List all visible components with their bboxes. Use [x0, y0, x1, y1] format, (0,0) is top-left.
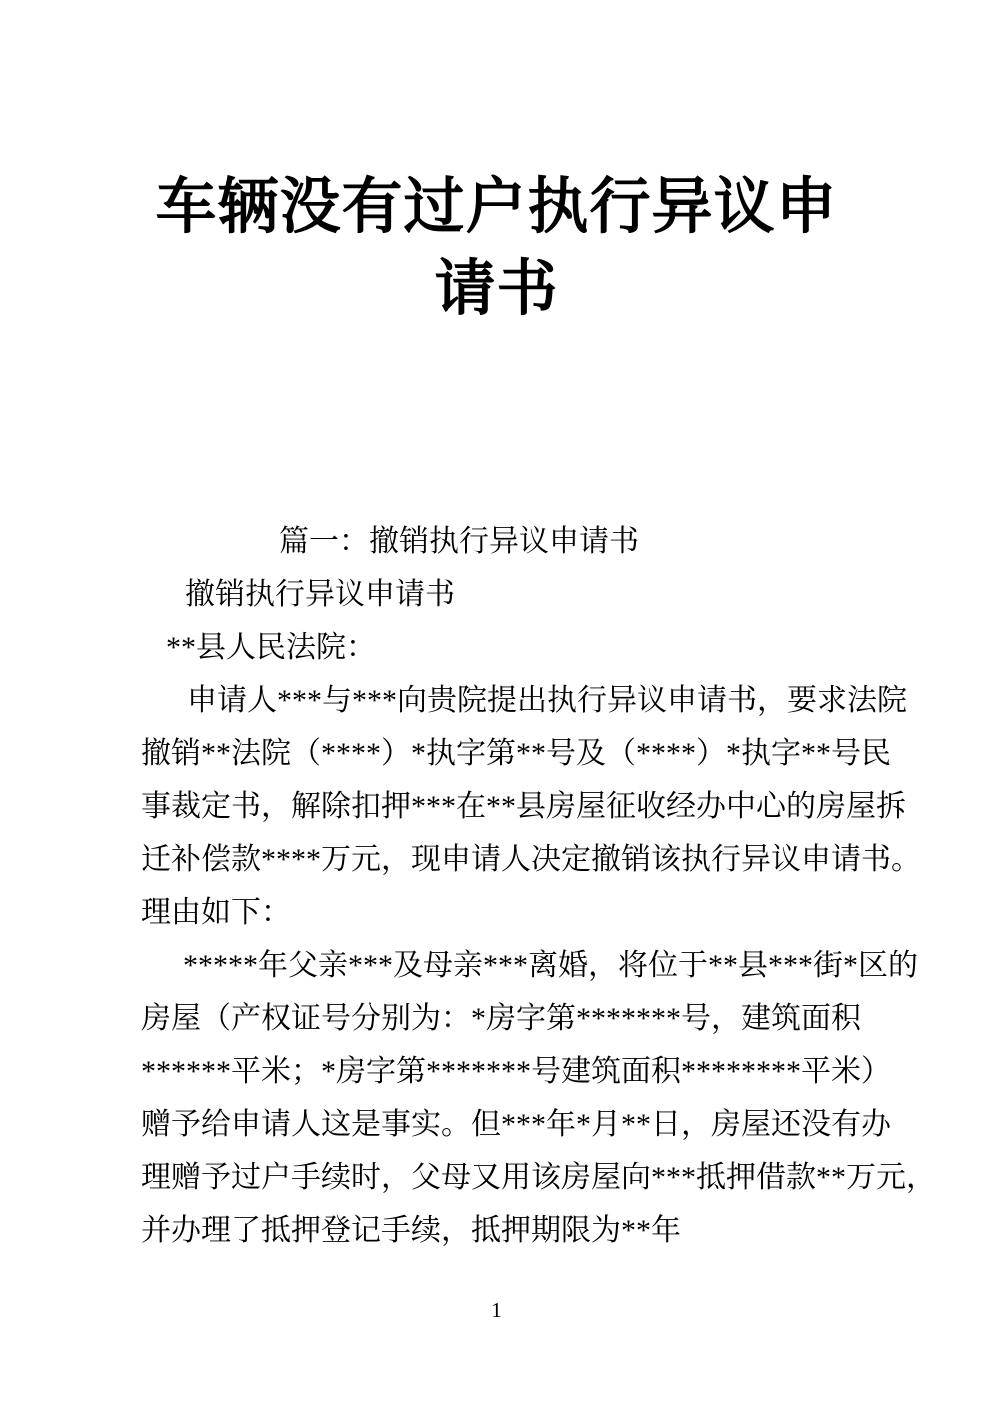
document-line: 理赠予过户手续时，父母又用该房屋向***抵押借款**万元，	[141, 1151, 853, 1204]
document-line: 申请人***与***向贵院提出执行异议申请书，要求法院	[141, 674, 853, 727]
document-line: **县人民法院：	[141, 621, 853, 674]
document-line: 理由如下：	[141, 886, 853, 939]
document-line: 房屋（产权证号分别为：*房字第*******号，建筑面积	[141, 992, 853, 1045]
document-title: 车辆没有过户执行异议申 请书	[0, 167, 993, 331]
document-title-line-1: 车辆没有过户执行异议申	[0, 167, 993, 249]
document-line: 事裁定书，解除扣押***在**县房屋征收经办中心的房屋拆	[141, 780, 853, 833]
document-line: 迁补偿款****万元，现申请人决定撤销该执行异议申请书。	[141, 833, 853, 886]
document-line: 撤销**法院（****）*执字第**号及（****）*执字**号民	[141, 727, 853, 780]
page-number: 1	[0, 1298, 993, 1322]
document-body: 篇一：撤销执行异议申请书 撤销执行异议申请书 **县人民法院： 申请人***与*…	[141, 515, 853, 1257]
document-line: 撤销执行异议申请书	[141, 568, 853, 621]
document-line: 并办理了抵押登记手续，抵押期限为**年	[141, 1204, 853, 1257]
document-line: ******平米；*房字第*******号建筑面积********平米）	[141, 1045, 853, 1098]
document-page: 车辆没有过户执行异议申 请书 篇一：撤销执行异议申请书 撤销执行异议申请书 **…	[0, 0, 993, 1404]
document-title-line-2: 请书	[0, 249, 993, 331]
document-line: 赠予给申请人这是事实。但***年*月**日，房屋还没有办	[141, 1098, 853, 1151]
document-line: *****年父亲***及母亲***离婚，将位于**县***街*区的	[141, 939, 853, 992]
section-heading: 篇一：撤销执行异议申请书	[103, 515, 815, 568]
